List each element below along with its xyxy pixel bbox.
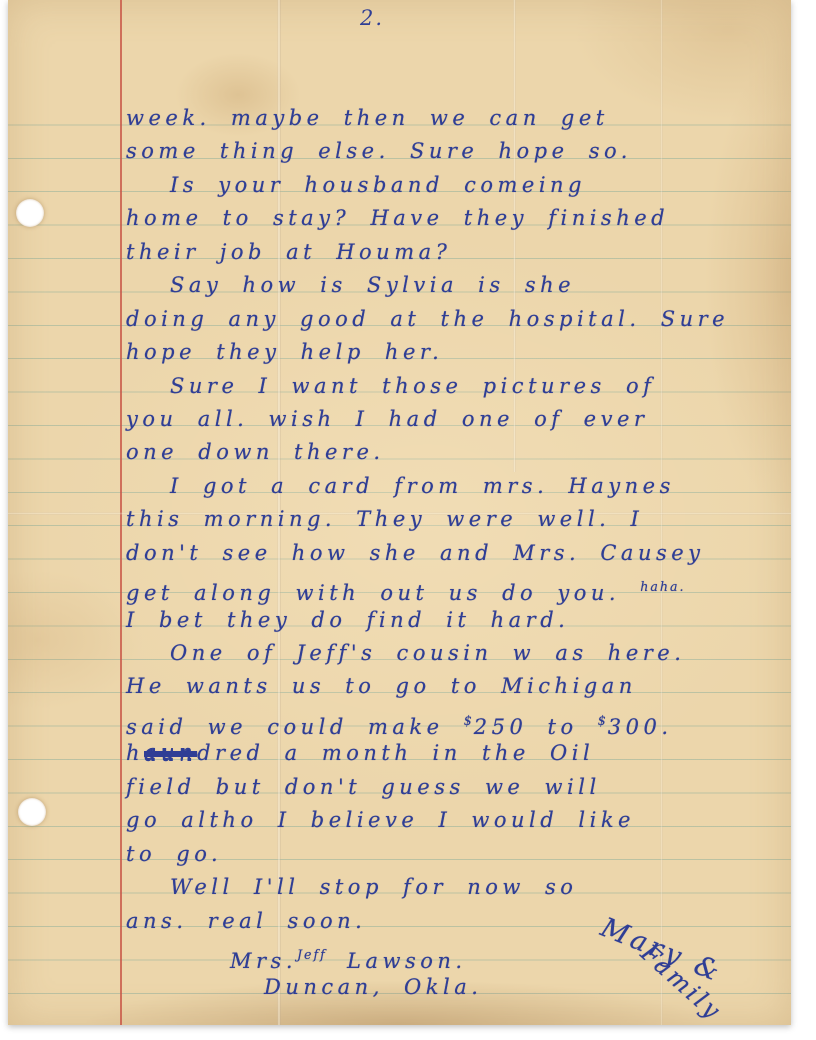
scribbled-out-text: aun <box>144 741 197 765</box>
handwriting-text: Duncan, Okla. <box>264 975 482 999</box>
handwriting-line: get along with out us do you. haha. <box>112 570 785 603</box>
handwriting-line: their job at Houma? <box>112 236 785 269</box>
handwriting-text: get along with out us do you. <box>126 581 640 605</box>
handwriting-text: One of Jeff's cousin w as here. <box>170 641 685 665</box>
handwriting-line: some thing else. Sure hope so. <box>112 135 785 168</box>
handwriting-line: One of Jeff's cousin w as here. <box>112 637 785 670</box>
handwriting-line: don't see how she and Mrs. Causey <box>112 537 785 570</box>
handwriting-text: hope they help her. <box>126 340 443 364</box>
handwriting-text: 300. <box>608 715 673 739</box>
handwriting-text: h <box>126 741 144 765</box>
handwriting-line: doing any good at the hospital. Sure <box>112 303 785 336</box>
handwriting-text: 250 to <box>474 715 598 739</box>
handwriting-line: one down there. <box>112 436 785 469</box>
handwriting-text: this morning. They were well. I <box>126 507 643 531</box>
superscript-text: $ <box>464 713 474 728</box>
handwriting-line: this morning. They were well. I <box>112 503 785 536</box>
handwriting-line: week. maybe then we can get <box>112 102 785 135</box>
handwriting-line: I bet they do find it hard. <box>112 604 785 637</box>
handwriting-line: home to stay? Have they finished <box>112 202 785 235</box>
handwriting-line: Sure I want those pictures of <box>112 370 785 403</box>
handwriting-text: I got a card from mrs. Haynes <box>170 474 675 498</box>
handwriting-text: dred a month in the Oil <box>197 741 594 765</box>
handwriting-text: week. maybe then we can get <box>126 106 609 130</box>
handwriting-text: He wants us to go to Michigan <box>126 674 637 698</box>
handwriting-text: Sure I want those pictures of <box>170 374 655 398</box>
handwriting-line: hope they help her. <box>112 336 785 369</box>
handwriting-line: haundred a month in the Oil <box>112 737 785 770</box>
superscript-text: Jeff <box>297 947 327 962</box>
handwriting-text: Lawson. <box>327 949 467 973</box>
handwriting-text: doing any good at the hospital. Sure <box>126 307 729 331</box>
handwriting-text: their job at Houma? <box>126 240 451 264</box>
handwriting-line: Say how is Sylvia is she <box>112 269 785 302</box>
handwriting-text: I bet they do find it hard. <box>126 608 569 632</box>
handwriting-line: you all. wish I had one of ever <box>112 403 785 436</box>
hole-punch <box>18 798 46 826</box>
letter-paper: 2. week. maybe then we can getsome thing… <box>8 0 791 1025</box>
handwriting-line: Is your housband comeing <box>112 169 785 202</box>
handwriting-text: said we could make <box>126 715 464 739</box>
handwriting-text: some thing else. Sure hope so. <box>126 139 632 163</box>
handwriting-text: Is your housband comeing <box>170 173 586 197</box>
handwriting-line: said we could make $250 to $300. <box>112 704 785 737</box>
signature-mary-family: Mary & Family <box>608 912 808 1032</box>
superscript-text: haha. <box>640 579 685 594</box>
handwriting-text: Mrs. <box>230 949 297 973</box>
handwriting-line: Well I'll stop for now so <box>112 871 785 904</box>
handwriting-line: to go. <box>112 838 785 871</box>
handwriting-text: don't see how she and Mrs. Causey <box>126 541 705 565</box>
handwriting-text: Say how is Sylvia is she <box>170 273 575 297</box>
handwriting-line: go altho I believe I would like <box>112 804 785 837</box>
handwriting-text: field but don't guess we will <box>126 775 601 799</box>
superscript-text: $ <box>598 713 608 728</box>
page-number: 2. <box>360 6 384 30</box>
handwriting-text: home to stay? Have they finished <box>126 206 669 230</box>
handwriting-text: one down there. <box>126 440 385 464</box>
handwriting-line: field but don't guess we will <box>112 771 785 804</box>
letter-lines: week. maybe then we can getsome thing el… <box>112 102 785 1005</box>
handwriting-text: you all. wish I had one of ever <box>126 407 648 431</box>
handwriting-text: ans. real soon. <box>126 909 366 933</box>
handwriting-text: Well I'll stop for now so <box>170 875 577 899</box>
hole-punch <box>16 199 44 227</box>
handwriting-text: go altho I believe I would like <box>126 808 635 832</box>
handwriting-line: He wants us to go to Michigan <box>112 670 785 703</box>
handwriting-line: I got a card from mrs. Haynes <box>112 470 785 503</box>
handwriting-text: to go. <box>126 842 222 866</box>
